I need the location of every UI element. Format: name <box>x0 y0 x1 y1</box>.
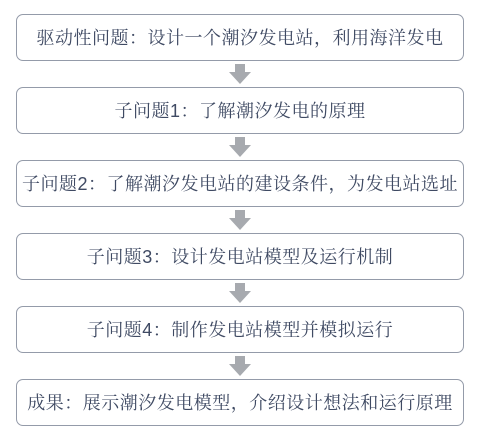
down-arrow-stem <box>235 137 245 145</box>
node-sub-question-1: 子问题1：了解潮汐发电的原理 <box>16 87 464 134</box>
down-arrow-icon <box>0 137 480 157</box>
down-arrow-head <box>229 291 251 303</box>
node-sub-question-3: 子问题3：设计发电站模型及运行机制 <box>16 233 464 280</box>
node-sub-question-4: 子问题4：制作发电站模型并模拟运行 <box>16 306 464 353</box>
node-sub-question-4-label: 子问题4：制作发电站模型并模拟运行 <box>87 321 394 339</box>
flowchart: 驱动性问题：设计一个潮汐发电站，利用海洋发电 子问题1：了解潮汐发电的原理 子问… <box>0 14 480 426</box>
down-arrow-stem <box>235 210 245 218</box>
down-arrow-head <box>229 145 251 157</box>
down-arrow-icon <box>0 356 480 376</box>
down-arrow-stem <box>235 283 245 291</box>
down-arrow-icon <box>0 64 480 84</box>
node-sub-question-3-label: 子问题3：设计发电站模型及运行机制 <box>87 248 394 266</box>
down-arrow-head <box>229 72 251 84</box>
node-sub-question-2-label: 子问题2：了解潮汐发电站的建设条件，为发电站选址 <box>22 175 458 193</box>
down-arrow-stem <box>235 356 245 364</box>
down-arrow-icon <box>0 210 480 230</box>
down-arrow-stem <box>235 64 245 72</box>
node-outcome: 成果：展示潮汐发电模型，介绍设计想法和运行原理 <box>16 379 464 426</box>
node-sub-question-1-label: 子问题1：了解潮汐发电的原理 <box>114 102 365 120</box>
down-arrow-icon <box>0 283 480 303</box>
down-arrow-head <box>229 218 251 230</box>
node-driving-question-label: 驱动性问题：设计一个潮汐发电站，利用海洋发电 <box>37 29 444 47</box>
flowchart-canvas: 驱动性问题：设计一个潮汐发电站，利用海洋发电 子问题1：了解潮汐发电的原理 子问… <box>0 0 480 435</box>
node-outcome-label: 成果：展示潮汐发电模型，介绍设计想法和运行原理 <box>27 394 453 412</box>
node-sub-question-2: 子问题2：了解潮汐发电站的建设条件，为发电站选址 <box>16 160 464 207</box>
down-arrow-head <box>229 364 251 376</box>
node-driving-question: 驱动性问题：设计一个潮汐发电站，利用海洋发电 <box>16 14 464 61</box>
